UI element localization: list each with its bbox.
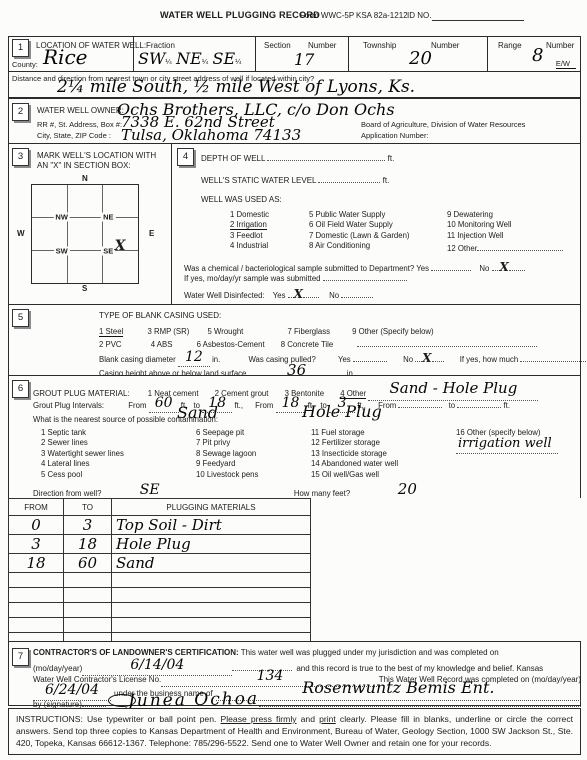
township-col-label: Township (363, 41, 396, 50)
owner-label: WATER WELL OWNER: (37, 106, 124, 115)
casing-option: 3 RMP (SR) (147, 327, 189, 336)
cell-from: 0 (9, 516, 64, 535)
use-option: 6 Oil Field Water Supply (309, 220, 449, 230)
section-number-badge: 4 (177, 148, 194, 166)
dotted-line (398, 398, 442, 408)
to-header: TO (64, 499, 112, 516)
use-option: 1 Domestic (230, 210, 310, 220)
form-title: WATER WELL PLUGGING RECORD (160, 10, 320, 20)
agency-text: Board of Agriculture, Division of Water … (361, 120, 525, 129)
contamination-option: 15 Oil well/Gas well (311, 470, 441, 480)
quadrant-ne-label: NE (101, 213, 115, 222)
contamination-option: 8 Sewage lagoon (196, 449, 306, 459)
disinfected-yes-x-mark: X (294, 287, 303, 301)
contamination-option: 6 Seepage pit (196, 428, 306, 438)
contamination-option: 10 Livestock pens (196, 470, 306, 480)
cell-material: Sand (112, 554, 311, 573)
section-box-grid: NW NE SW SE X (31, 184, 139, 284)
number-col-label: Number (308, 41, 336, 50)
direction-value: SE (140, 482, 160, 498)
contamination-option: 13 Insecticide storage (311, 449, 441, 459)
ft-label: ft. (388, 154, 395, 163)
fraction-2: NE (176, 49, 202, 68)
city-value: Tulsa, Oklahoma 74133 (121, 126, 301, 144)
distance-value: 2¼ mile South, ½ mile West of Lyons, Ks. (57, 77, 415, 97)
contamination-option: 14 Abandoned water well (311, 459, 441, 469)
how-many-feet-label: How many feet? (294, 489, 350, 498)
use-option: 8 Air Conditioning (309, 241, 449, 251)
id-number-label: ID NO. (407, 11, 431, 20)
compass-w-label: W (17, 229, 25, 238)
cell-from: 18 (9, 554, 64, 573)
yes-label: Yes (416, 264, 429, 273)
dotted-line (457, 398, 501, 408)
instructions-part1: INSTRUCTIONS: Use typewriter or ball poi… (16, 714, 221, 724)
section-number-badge: 5 (12, 309, 29, 327)
how-much-label: If yes, how much (460, 355, 519, 364)
scanned-form-page: WATER WELL PLUGGING RECORD Form WWC-5P K… (0, 0, 587, 760)
interval1-from: 60 (155, 395, 173, 411)
township-value: 20 (409, 48, 432, 69)
use-option: 11 Injection Well (447, 231, 582, 241)
cell-to (64, 588, 112, 603)
instructions-part2: and (297, 714, 320, 724)
cell-from (9, 588, 64, 603)
use-option: 10 Monitoring Well (447, 220, 582, 230)
dotted-line (509, 261, 525, 271)
cell-from: 3 (9, 535, 64, 554)
dotted-line (303, 288, 319, 298)
table-row (9, 618, 311, 633)
grid-line (32, 217, 138, 218)
from-label: From (255, 401, 273, 410)
interval2-from: 18 (282, 395, 300, 411)
static-water-level-label: WELL'S STATIC WATER LEVEL (201, 176, 316, 185)
from-header: FROM (9, 499, 64, 516)
materials-header: PLUGGING MATERIALS (112, 499, 311, 516)
statute-ref: KSA 82a-1212 (356, 11, 408, 20)
application-number-label: Application Number: (361, 131, 429, 140)
compass-e-label: E (149, 229, 154, 238)
if-yes-sample-label: If yes, mo/day/yr sample was submitted (184, 274, 321, 283)
ft-label: ft. (504, 401, 511, 410)
casing-option: 6 Asbestos-Cement (197, 340, 265, 349)
cell-to: 3 (64, 516, 112, 535)
fraction-3: SE (213, 49, 236, 68)
grout-other-value: Sand - Hole Plug (390, 379, 518, 397)
contamination-option: 3 Watertight sewer lines (41, 449, 171, 459)
disinfected-label: Water Well Disinfected: (184, 291, 265, 300)
section-col-label: Section (264, 41, 291, 50)
casing-option: 4 ABS (151, 340, 173, 349)
quarter-mark: ¼ (165, 57, 171, 66)
id-number-blank (432, 12, 524, 21)
section-value: 17 (294, 50, 314, 69)
casing-option: 2 PVC (99, 340, 122, 349)
ft-label: ft. (383, 176, 390, 185)
dotted-line (259, 697, 581, 707)
certification-body1: This water well was plugged under my jur… (241, 648, 499, 657)
instructions-underlined1: Please press firmly (221, 714, 297, 724)
contamination-option: 4 Lateral lines (41, 459, 171, 469)
section5-title: TYPE OF BLANK CASING USED: (99, 311, 221, 320)
cell-to: 18 (64, 535, 112, 554)
section-7-certification: 7 CONTRACTOR'S OF LANDOWNER'S CERTIFICAT… (8, 641, 581, 706)
table-row (9, 573, 311, 588)
cell-to (64, 573, 112, 588)
range-col-label: Range (498, 41, 522, 50)
cell-material (112, 573, 311, 588)
number-col-label: Number (431, 41, 459, 50)
quadrant-se-label: SE (101, 246, 115, 255)
grid-line (67, 185, 68, 283)
casing-option: 8 Concrete Tile (281, 340, 333, 349)
sample-no-x-mark: X (500, 260, 509, 274)
table-row: 3 18 Hole Plug (9, 535, 311, 554)
use-option: 5 Public Water Supply (309, 210, 449, 220)
depth-of-well-label: DEPTH OF WELL (201, 154, 265, 163)
section-number-badge: 6 (12, 380, 29, 398)
section-number-badge: 3 (12, 148, 29, 166)
section1-section-cell: Section Number 17 (256, 37, 349, 71)
dotted-line (353, 352, 387, 362)
contamination-option: 1 Septic tank (41, 428, 171, 438)
cell-to (64, 618, 112, 633)
direction-from-well-label: Direction from well? (33, 489, 101, 498)
cell-to: 60 (64, 554, 112, 573)
section-number-badge: 2 (12, 103, 29, 121)
use-option: 7 Domestic (Lawn & Garden) (309, 231, 449, 241)
section-number-badge: 1 (12, 39, 29, 57)
quadrant-sw-label: SW (54, 246, 70, 255)
intervals-label: Grout Plug Intervals: (33, 401, 104, 410)
section1-township-cell: Township Number 20 (349, 37, 488, 71)
cell-material: Hole Plug (112, 535, 311, 554)
compass-n-label: N (82, 174, 88, 183)
plugging-table-area: FROM TO PLUGGING MATERIALS 0 3 Top Soil … (8, 498, 581, 641)
instructions-underlined2: print (319, 714, 336, 724)
cell-material (112, 588, 311, 603)
contamination-option: 9 Feedyard (196, 459, 306, 469)
no-label: No (329, 291, 339, 300)
range-value: 8 (532, 45, 543, 66)
pulled-no-x-mark: X (422, 351, 431, 365)
contamination-option: 5 Cess pool (41, 470, 171, 480)
dotted-line (341, 288, 373, 298)
fraction-1: SW (138, 49, 165, 68)
dotted-line (477, 241, 563, 251)
contamination-option: 11 Fuel storage (311, 428, 441, 438)
county-label: County: (12, 60, 38, 69)
dotted-line (357, 337, 537, 347)
cell-material (112, 618, 311, 633)
use-option-other: 12 Other (447, 244, 477, 253)
section1-range-cell: Range Number 8 E/W (488, 37, 580, 71)
table-row (9, 588, 311, 603)
contamination-option: 2 Sewer lines (41, 438, 171, 448)
section-2-owner: 2 WATER WELL OWNER: Ochs Brothers, LLC, … (8, 98, 581, 144)
cell-material (112, 603, 311, 618)
address-label: RR #, St. Address, Box #: (37, 120, 122, 129)
contamination-option: 12 Fertilizer storage (311, 438, 441, 448)
quarter-mark: ¼ (202, 57, 208, 66)
contamination-other-value: irrigation well (458, 436, 552, 451)
instructions-box: INSTRUCTIONS: Use typewriter or ball poi… (8, 708, 581, 755)
section-number-badge: 7 (12, 648, 29, 666)
contamination-label: What is the nearest source of possible c… (33, 415, 218, 424)
interval2-note: Hole Plug (302, 402, 382, 421)
dotted-line (82, 697, 106, 707)
casing-option: 7 Fiberglass (288, 327, 330, 336)
cell-from (9, 603, 64, 618)
to-label: to (449, 401, 456, 410)
county-value: Rice (43, 45, 88, 69)
section3-title-line1: MARK WELL'S LOCATION WITH (37, 151, 156, 160)
dotted-line (323, 271, 407, 281)
ft-label: ft., (234, 401, 243, 410)
no-label: No (403, 355, 413, 364)
well-used-as-label: WELL WAS USED AS: (201, 195, 282, 204)
use-option: 3 Feedlot (230, 231, 310, 241)
table-row (9, 603, 311, 618)
section1-distance-row: Distance and direction from nearest town… (9, 71, 580, 97)
dotted-line (432, 352, 444, 362)
no-label: No (479, 264, 489, 273)
casing-option-other: 9 Other (Specify below) (352, 327, 433, 336)
section-3-map: 3 MARK WELL'S LOCATION WITH AN "X" IN SE… (9, 144, 172, 304)
dotted-line (492, 261, 500, 271)
section-5-casing: 5 TYPE OF BLANK CASING USED: 1 Steel 3 R… (8, 304, 581, 376)
section3-title-line2: AN "X" IN SECTION BOX: (37, 161, 131, 170)
table-header-row: FROM TO PLUGGING MATERIALS (9, 499, 311, 516)
form-number: Form WWC-5P (300, 11, 354, 20)
contamination-option: 7 Pit privy (196, 438, 306, 448)
casing-option-steel-underlined: 1 Steel (99, 327, 123, 337)
cell-material: Top Soil - Dirt (112, 516, 311, 535)
quadrant-nw-label: NW (53, 213, 70, 222)
number-col-label: Number (546, 41, 574, 50)
plugging-materials-table: FROM TO PLUGGING MATERIALS 0 3 Top Soil … (8, 498, 311, 648)
table-row: 18 60 Sand (9, 554, 311, 573)
from-label: From (128, 401, 146, 410)
quarter-mark: ¼ (235, 57, 241, 66)
certification-title: CONTRACTOR'S OF LANDOWNER'S CERTIFICATIO… (33, 648, 239, 657)
well-location-x-mark: X (115, 238, 126, 254)
section-6-grout: 6 GROUT PLUG MATERIAL: 1 Neat cement 2 C… (8, 375, 581, 499)
section1-county-cell: 1 LOCATION OF WATER WELL: County: Rice (9, 37, 134, 71)
use-option: 9 Dewatering (447, 210, 582, 220)
ew-label: E/W (556, 59, 576, 69)
dotted-line (431, 261, 471, 271)
cell-from (9, 618, 64, 633)
table-row: 0 3 Top Soil - Dirt (9, 516, 311, 535)
casing-option: 5 Wrought (208, 327, 244, 336)
feet-value: 20 (398, 480, 417, 498)
cell-from (9, 573, 64, 588)
instructions-text: INSTRUCTIONS: Use typewriter or ball poi… (9, 709, 580, 754)
dotted-line (520, 352, 587, 362)
dotted-line (267, 151, 385, 161)
section-1-location: 1 LOCATION OF WATER WELL: County: Rice F… (8, 36, 581, 98)
grid-line (102, 185, 103, 283)
yes-label: Yes (273, 291, 286, 300)
section1-fraction-cell: Fraction SW¼ NE¼ SE¼ (134, 37, 256, 71)
use-option: 4 Industrial (230, 241, 310, 251)
section-3-4: 3 MARK WELL'S LOCATION WITH AN "X" IN SE… (8, 143, 581, 305)
city-label: City, State, ZIP Code : (37, 131, 111, 140)
cell-to (64, 603, 112, 618)
use-option-irrigation-underlined: 2 Irrigation (230, 220, 267, 230)
compass-s-label: S (82, 284, 87, 293)
dotted-line (318, 173, 380, 183)
